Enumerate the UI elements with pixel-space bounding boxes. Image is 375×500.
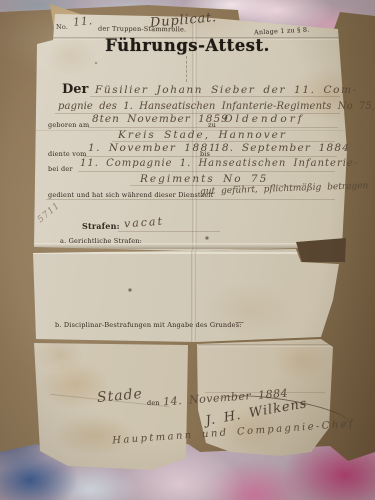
duplicate-note: Duplicat.	[149, 10, 217, 31]
penalties-item-a: a. Gerichtliche Strafen:	[60, 237, 142, 245]
date-label: den	[147, 399, 160, 407]
unit-line: 11. Compagnie 1. Hanseatischen Infanteri…	[80, 158, 358, 169]
unit-line-continued: Regiments No 75	[140, 173, 268, 185]
born-label: geboren am	[48, 121, 89, 129]
opening-word: Der	[62, 82, 88, 97]
conduct-printed-text: gedient und hat sich während dieser Dien…	[48, 191, 213, 199]
regiment-line: pagnie des 1. Hanseatischen Infanterie-R…	[58, 101, 375, 112]
penalties-value: vacat	[124, 215, 165, 231]
roll-number-label: No.	[56, 23, 68, 31]
margin-pencil-scribble: 5711	[36, 201, 62, 225]
born-place: Oldendorf	[224, 113, 305, 125]
served-label: diente vom	[48, 150, 87, 158]
document-title: Führungs-Attest.	[80, 36, 295, 55]
signature-place: Stade	[96, 386, 143, 406]
penalties-item-b: b. Disciplinar-Bestrafungen mit Angabe d…	[55, 321, 242, 329]
photo-scene: No. 11. der Truppen-Stammrolle. Duplicat…	[0, 0, 375, 500]
served-from-date: 1. November 1881	[88, 142, 217, 154]
served-to-date: 18. September 1884	[214, 142, 350, 154]
soldier-name-line: Füsilier Johann Sieber der 11. Com-	[95, 84, 358, 96]
penalties-item-b-value: —	[235, 318, 245, 328]
born-region: Kreis Stade, Hannover	[118, 129, 287, 141]
document-text: No. 11. der Truppen-Stammrolle. Duplicat…	[0, 0, 375, 500]
penalties-label: Strafen:	[82, 221, 120, 231]
born-at-label: zu	[208, 121, 216, 129]
form-corner-note: Anlage 1 zu § 8.	[254, 26, 310, 37]
roll-number-value: 11.	[72, 14, 93, 29]
unit-label: bei der	[48, 165, 73, 173]
served-until-label: bis	[200, 150, 210, 158]
